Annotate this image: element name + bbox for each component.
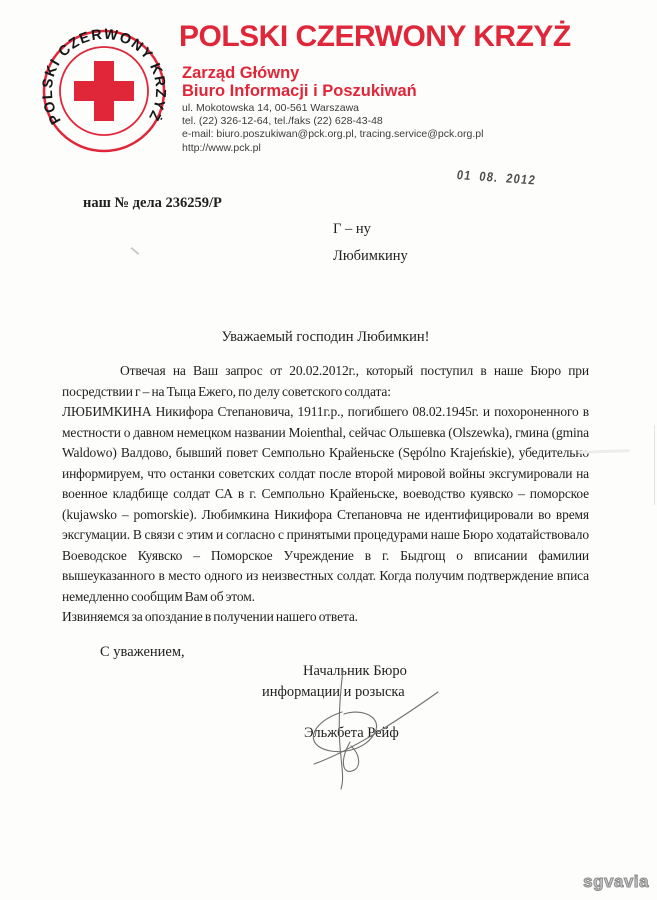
address-line-email: e-mail: biuro.poszukiwan@pck.org.pl, tra… xyxy=(182,128,483,141)
address-line-website: http://www.pck.pl xyxy=(182,142,483,155)
address-line-phone: tel. (22) 326-12-64, tel./faks (22) 628-… xyxy=(182,115,483,128)
body-line: местности о давном немецком названии Moi… xyxy=(62,423,589,444)
body-line: немедленно сообщим Вам об этом. xyxy=(62,587,589,608)
scan-artifact-edge xyxy=(654,425,655,505)
body-line: (kujawsko – pomorskie). Любимкина Никифо… xyxy=(62,505,589,526)
body-line: военное кладбище солдат СА в г. Семпольн… xyxy=(62,484,589,505)
reference-number: наш № дела 236259/Р xyxy=(83,195,222,212)
addressee-line: Любимкину xyxy=(333,243,408,270)
body-line: Waldowo) Валдово, бывший повет Семпольно… xyxy=(62,443,589,464)
scan-artifact-pen-tick xyxy=(131,247,140,255)
body-line: Отвечая на Ваш запрос от 20.02.2012г., к… xyxy=(62,361,589,382)
salutation: Уважаемый господин Любимкин! xyxy=(62,329,589,346)
org-address-block: ul. Mokotowska 14, 00-561 Warszawa tel. … xyxy=(182,102,483,155)
scan-artifact-smudge xyxy=(578,449,630,454)
org-bureau: Biuro Informacji i Poszukiwań xyxy=(182,82,417,101)
org-name: POLSKI CZERWONY KRZYŻ xyxy=(179,20,619,54)
body-line: Воеводское Куявско – Поморское Учреждени… xyxy=(62,546,589,567)
watermark: sgvavia xyxy=(583,872,649,892)
address-line-street: ul. Mokotowska 14, 00-561 Warszawa xyxy=(182,102,483,115)
addressee-line: Г – ну xyxy=(333,216,408,243)
body-line: эксгумации. В связи с этим и согласно с … xyxy=(62,525,589,546)
handwritten-signature xyxy=(288,662,458,792)
body-line: информируем, что останки советских солда… xyxy=(62,464,589,485)
date-stamp: 01 08. 2012 xyxy=(456,167,538,187)
addressee-block: Г – ну Любимкину xyxy=(333,216,408,270)
valediction: С уважением, xyxy=(100,644,185,661)
letter-body: Отвечая на Ваш запрос от 20.02.2012г., к… xyxy=(62,361,589,628)
body-line: вышеуказанного в место одного из неизвес… xyxy=(62,566,589,587)
letter-page: POLSKI CZERWONY KRZYŻ POLSKI CZERWONY KR… xyxy=(0,0,657,900)
body-line: посредствии г – на Тыца Ежего, по делу с… xyxy=(62,382,589,403)
org-division: Zarząd Główny xyxy=(182,64,299,83)
body-line: ЛЮБИМКИНА Никифора Степановича, 1911г.р.… xyxy=(62,402,589,423)
pck-logo: POLSKI CZERWONY KRZYŻ xyxy=(40,27,168,155)
body-line: Извиняемся за опоздание в получении наше… xyxy=(62,607,589,628)
